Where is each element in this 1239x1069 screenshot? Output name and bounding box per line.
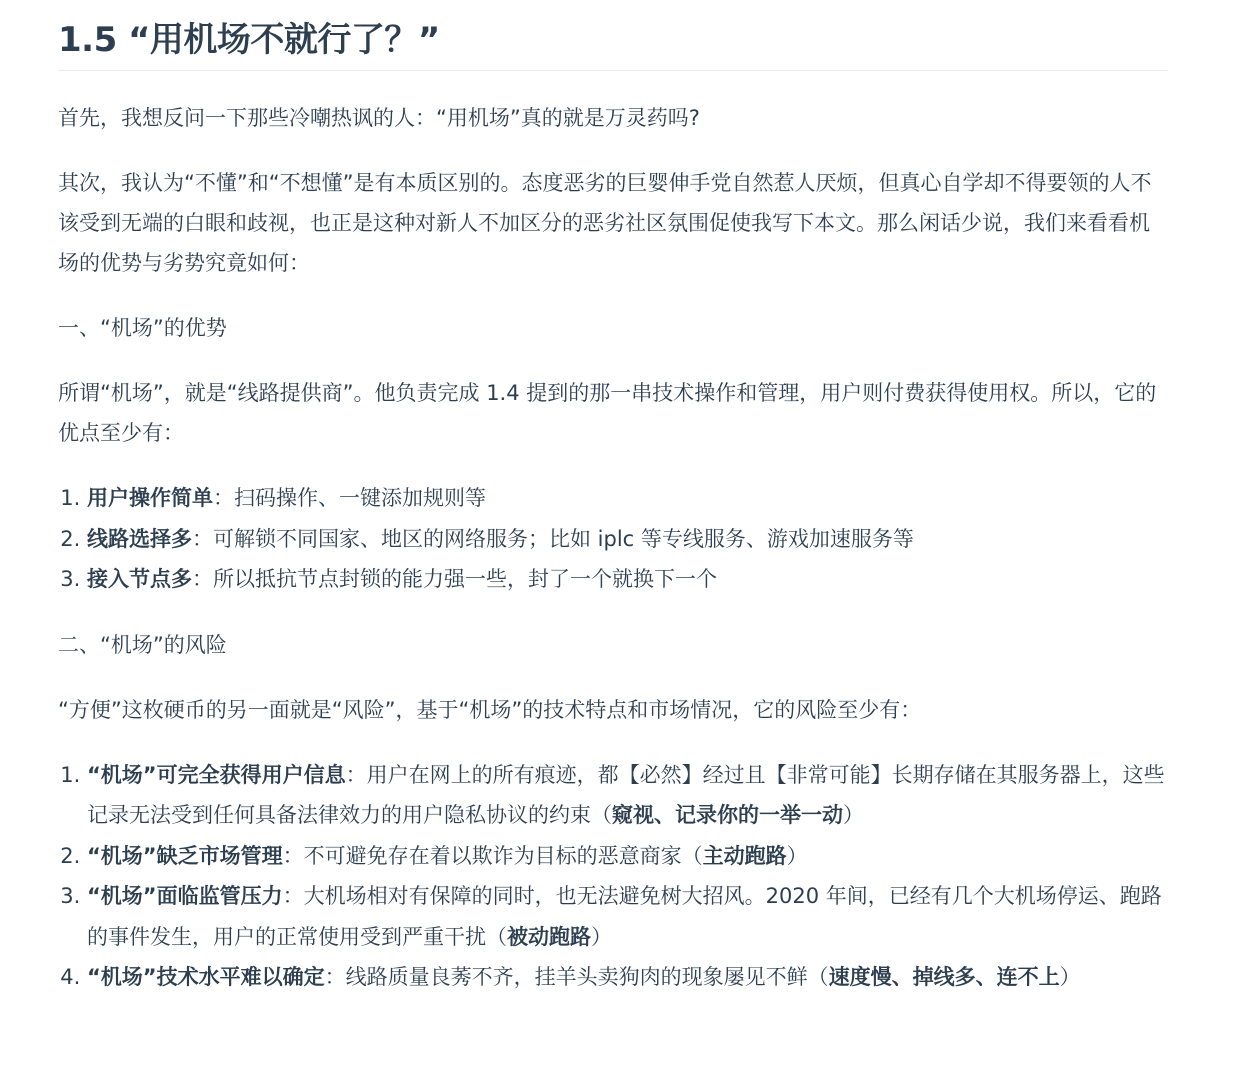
paragraph-risks-intro: “方便”这枚硬币的另一面就是“风险”，基于“机场”的技术特点和市场情况，它的风险…	[58, 690, 1168, 730]
list-item: “机场”缺乏市场管理：不可避免存在着以欺诈为目标的恶意商家（主动跑路）	[87, 836, 1168, 877]
paragraph-question: 首先，我想反问一下那些冷嘲热讽的人：“用机场”真的就是万灵药吗?	[58, 98, 1168, 138]
list-item: 接入节点多：所以抵抗节点封锁的能力强一些，封了一个就换下一个	[87, 559, 1168, 600]
risks-list: “机场”可完全获得用户信息：用户在网上的所有痕迹，都【必然】经过且【非常可能】长…	[58, 755, 1168, 998]
list-item: 用户操作简单：扫码操作、一键添加规则等	[87, 478, 1168, 519]
section-heading: 1.5 “用机场不就行了？”	[58, 0, 1168, 71]
article-content: 1.5 “用机场不就行了？” 首先，我想反问一下那些冷嘲热讽的人：“用机场”真的…	[58, 0, 1168, 998]
list-item: “机场”技术水平难以确定：线路质量良莠不齐，挂羊头卖狗肉的现象屡见不鲜（速度慢、…	[87, 957, 1168, 998]
paragraph-definition: 所谓“机场”，就是“线路提供商”。他负责完成 1.4 提到的那一串技术操作和管理…	[58, 373, 1168, 453]
subheading-risks: 二、“机场”的风险	[58, 625, 1168, 665]
advantages-list: 用户操作简单：扫码操作、一键添加规则等 线路选择多：可解锁不同国家、地区的网络服…	[58, 478, 1168, 600]
list-item: “机场”面临监管压力：大机场相对有保障的同时，也无法避免树大招风。2020 年间…	[87, 876, 1168, 957]
subheading-advantages: 一、“机场”的优势	[58, 308, 1168, 348]
list-item: “机场”可完全获得用户信息：用户在网上的所有痕迹，都【必然】经过且【非常可能】长…	[87, 755, 1168, 836]
list-item: 线路选择多：可解锁不同国家、地区的网络服务；比如 iplc 等专线服务、游戏加速…	[87, 519, 1168, 560]
paragraph-distinction: 其次，我认为“不懂”和“不想懂”是有本质区别的。态度恶劣的巨婴伸手党自然惹人厌烦…	[58, 163, 1168, 283]
